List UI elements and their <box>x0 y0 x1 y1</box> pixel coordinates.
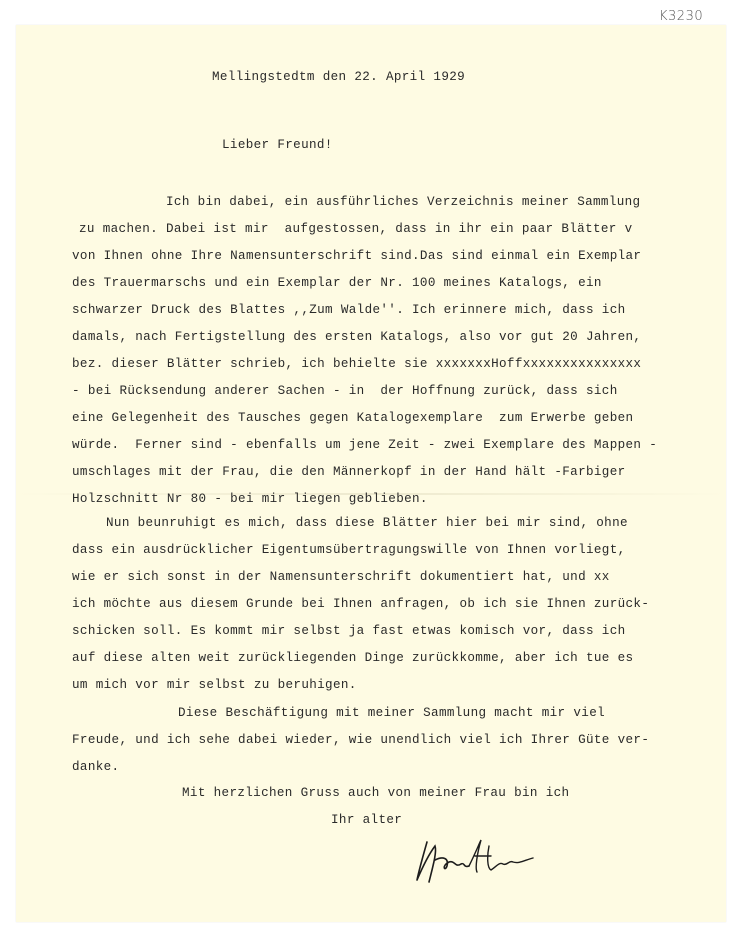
body-line: schicken soll. Es kommt mir selbst ja fa… <box>72 624 626 638</box>
body-line: des Trauermarschs und ein Exemplar der N… <box>72 276 602 290</box>
closing-line: Ihr alter <box>331 813 402 827</box>
archive-id-label: K3230 <box>659 9 703 24</box>
body-line: würde. Ferner sind - ebenfalls um jene Z… <box>72 438 657 452</box>
body-line: ich möchte aus diesem Grunde bei Ihnen a… <box>72 597 649 611</box>
body-line: dass ein ausdrücklicher Eigentumsübertra… <box>72 543 626 557</box>
closing-line: Mit herzlichen Gruss auch von meiner Fra… <box>182 786 569 800</box>
body-line: zu machen. Dabei ist mir aufgestossen, d… <box>79 222 633 236</box>
dateline: Mellingstedtm den 22. April 1929 <box>212 70 465 84</box>
body-line: damals, nach Fertigstellung des ersten K… <box>72 330 641 344</box>
body-line: danke. <box>72 760 119 774</box>
body-line: Ich bin dabei, ein ausführliches Verzeic… <box>166 195 640 209</box>
salutation: Lieber Freund! <box>222 138 333 152</box>
body-line: umschlages mit der Frau, die den Männerk… <box>72 465 626 479</box>
body-line: schwarzer Druck des Blattes ,,Zum Walde'… <box>72 303 626 317</box>
body-line: um mich vor mir selbst zu beruhigen. <box>72 678 357 692</box>
body-line: - bei Rücksendung anderer Sachen - in de… <box>72 384 618 398</box>
body-line: von Ihnen ohne Ihre Namensunterschrift s… <box>72 249 641 263</box>
body-line: auf diese alten weit zurückliegenden Din… <box>72 651 633 665</box>
body-line: Freude, und ich sehe dabei wieder, wie u… <box>72 733 649 747</box>
body-line: bez. dieser Blätter schrieb, ich behielt… <box>72 357 641 371</box>
body-line: Nun beunruhigt es mich, dass diese Blätt… <box>106 516 628 530</box>
body-line: wie er sich sonst in der Namensunterschr… <box>72 570 610 584</box>
body-line: Diese Beschäftigung mit meiner Sammlung … <box>178 706 605 720</box>
handwritten-signature <box>405 836 545 886</box>
body-line: Holzschnitt Nr 80 - bei mir liegen gebli… <box>72 492 428 506</box>
body-line: eine Gelegenheit des Tausches gegen Kata… <box>72 411 633 425</box>
